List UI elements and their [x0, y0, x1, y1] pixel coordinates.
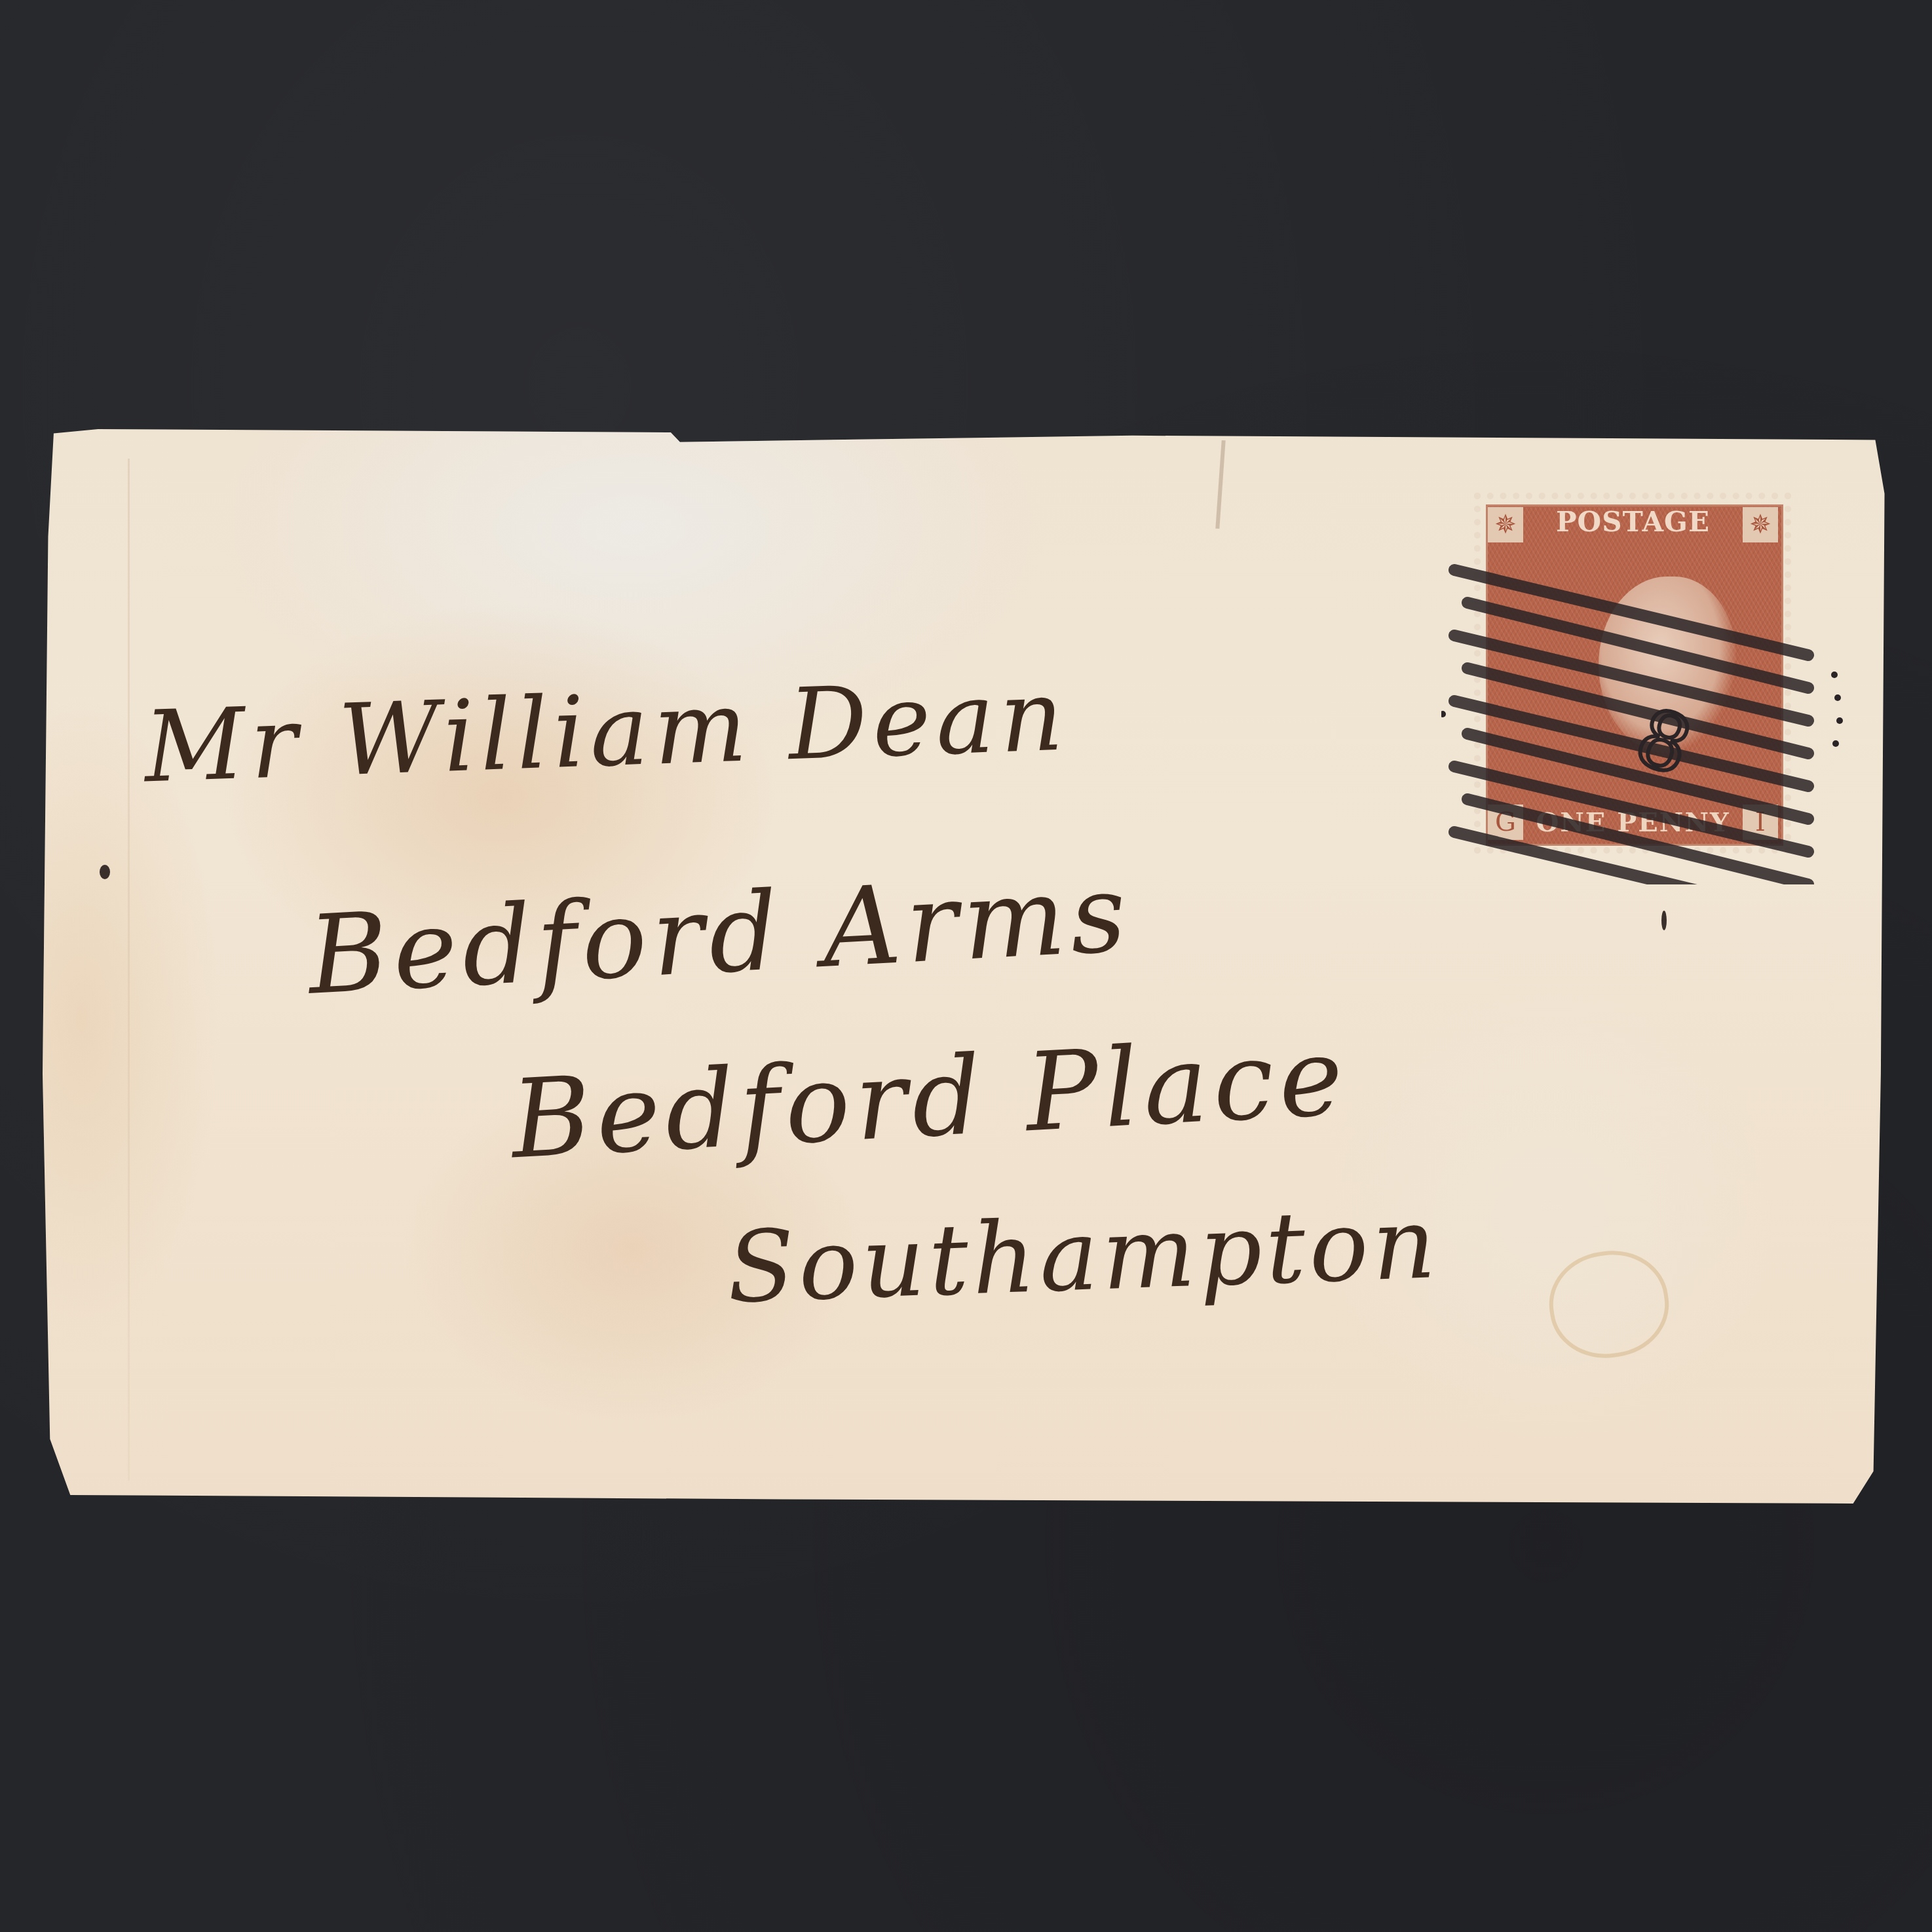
ink-spot: [1661, 911, 1667, 930]
postmark-cancellation-icon: 8: [1441, 544, 1847, 884]
envelope-fold-line: [128, 459, 130, 1481]
stamp-corner-star-icon: ✵: [1488, 507, 1523, 542]
ink-spot: [100, 865, 110, 879]
stamp-top-label: POSTAGE: [1543, 506, 1723, 538]
stamp-corner-star-icon: ✵: [1743, 507, 1778, 542]
